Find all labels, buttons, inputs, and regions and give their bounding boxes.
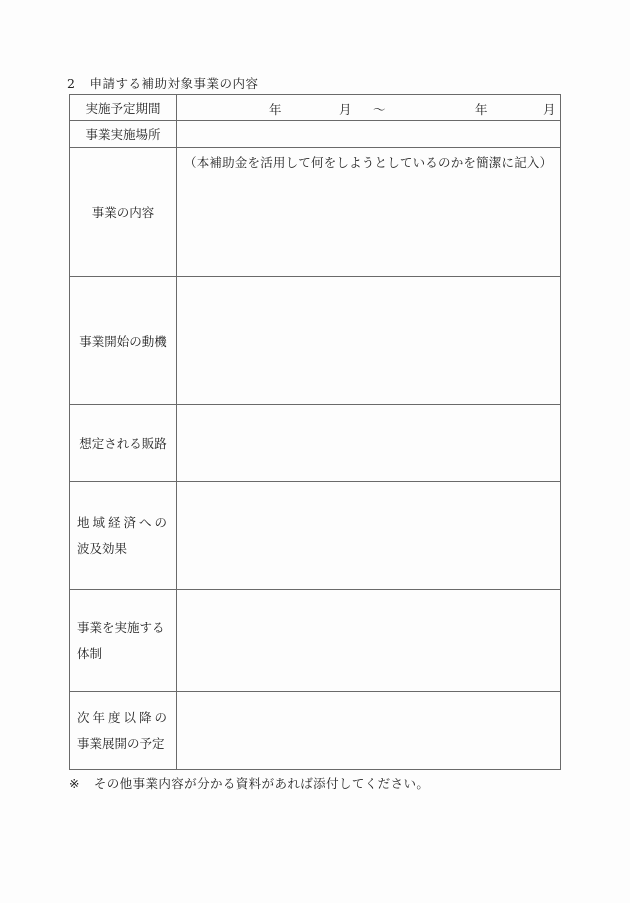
period-separator: ～	[373, 100, 386, 118]
end-year-unit: 年	[475, 100, 488, 118]
table-row-location: 事業実施場所	[70, 121, 561, 148]
project-details-table: 実施予定期間 年 月 ～ 年 月 事業実施場所 事業の内容 （本補助金を活用して…	[69, 94, 561, 770]
start-year-unit: 年	[269, 100, 282, 118]
section-heading: 2申請する補助対象事業の内容	[67, 74, 258, 92]
table-row-motivation: 事業開始の動機	[70, 277, 561, 405]
regional-impact-field[interactable]	[177, 482, 561, 590]
future-plan-field[interactable]	[177, 692, 561, 770]
table-row-organization: 事業を実施する 体制	[70, 590, 561, 692]
table-row-regional-impact: 地域経済への 波及効果	[70, 482, 561, 590]
table-row-content: 事業の内容 （本補助金を活用して何をしようとしているのかを簡潔に記入）	[70, 148, 561, 277]
sales-channel-field[interactable]	[177, 405, 561, 482]
table-row-future-plan: 次年度以降の 事業展開の予定	[70, 692, 561, 770]
section-number: 2	[67, 76, 75, 91]
footnote: ※その他事業内容が分かる資料があれば添付してください。	[69, 774, 429, 792]
label-sales-channel: 想定される販路	[70, 405, 177, 482]
label-content: 事業の内容	[70, 148, 177, 277]
period-field[interactable]: 年 月 ～ 年 月	[177, 95, 561, 121]
label-period: 実施予定期間	[70, 95, 177, 121]
organization-field[interactable]	[177, 590, 561, 692]
table-row-sales-channel: 想定される販路	[70, 405, 561, 482]
label-organization: 事業を実施する 体制	[70, 590, 177, 692]
label-location: 事業実施場所	[70, 121, 177, 148]
reference-mark: ※	[69, 776, 80, 791]
motivation-field[interactable]	[177, 277, 561, 405]
location-field[interactable]	[177, 121, 561, 148]
footnote-text: その他事業内容が分かる資料があれば添付してください。	[94, 776, 429, 791]
content-hint: （本補助金を活用して何をしようとしているのかを簡潔に記入）	[177, 148, 560, 171]
label-motivation: 事業開始の動機	[70, 277, 177, 405]
end-month-unit: 月	[543, 100, 556, 118]
start-month-unit: 月	[339, 100, 352, 118]
label-regional-impact: 地域経済への 波及効果	[70, 482, 177, 590]
table-row-period: 実施予定期間 年 月 ～ 年 月	[70, 95, 561, 121]
content-field[interactable]: （本補助金を活用して何をしようとしているのかを簡潔に記入）	[177, 148, 561, 277]
label-future-plan: 次年度以降の 事業展開の予定	[70, 692, 177, 770]
section-title: 申請する補助対象事業の内容	[89, 76, 258, 91]
